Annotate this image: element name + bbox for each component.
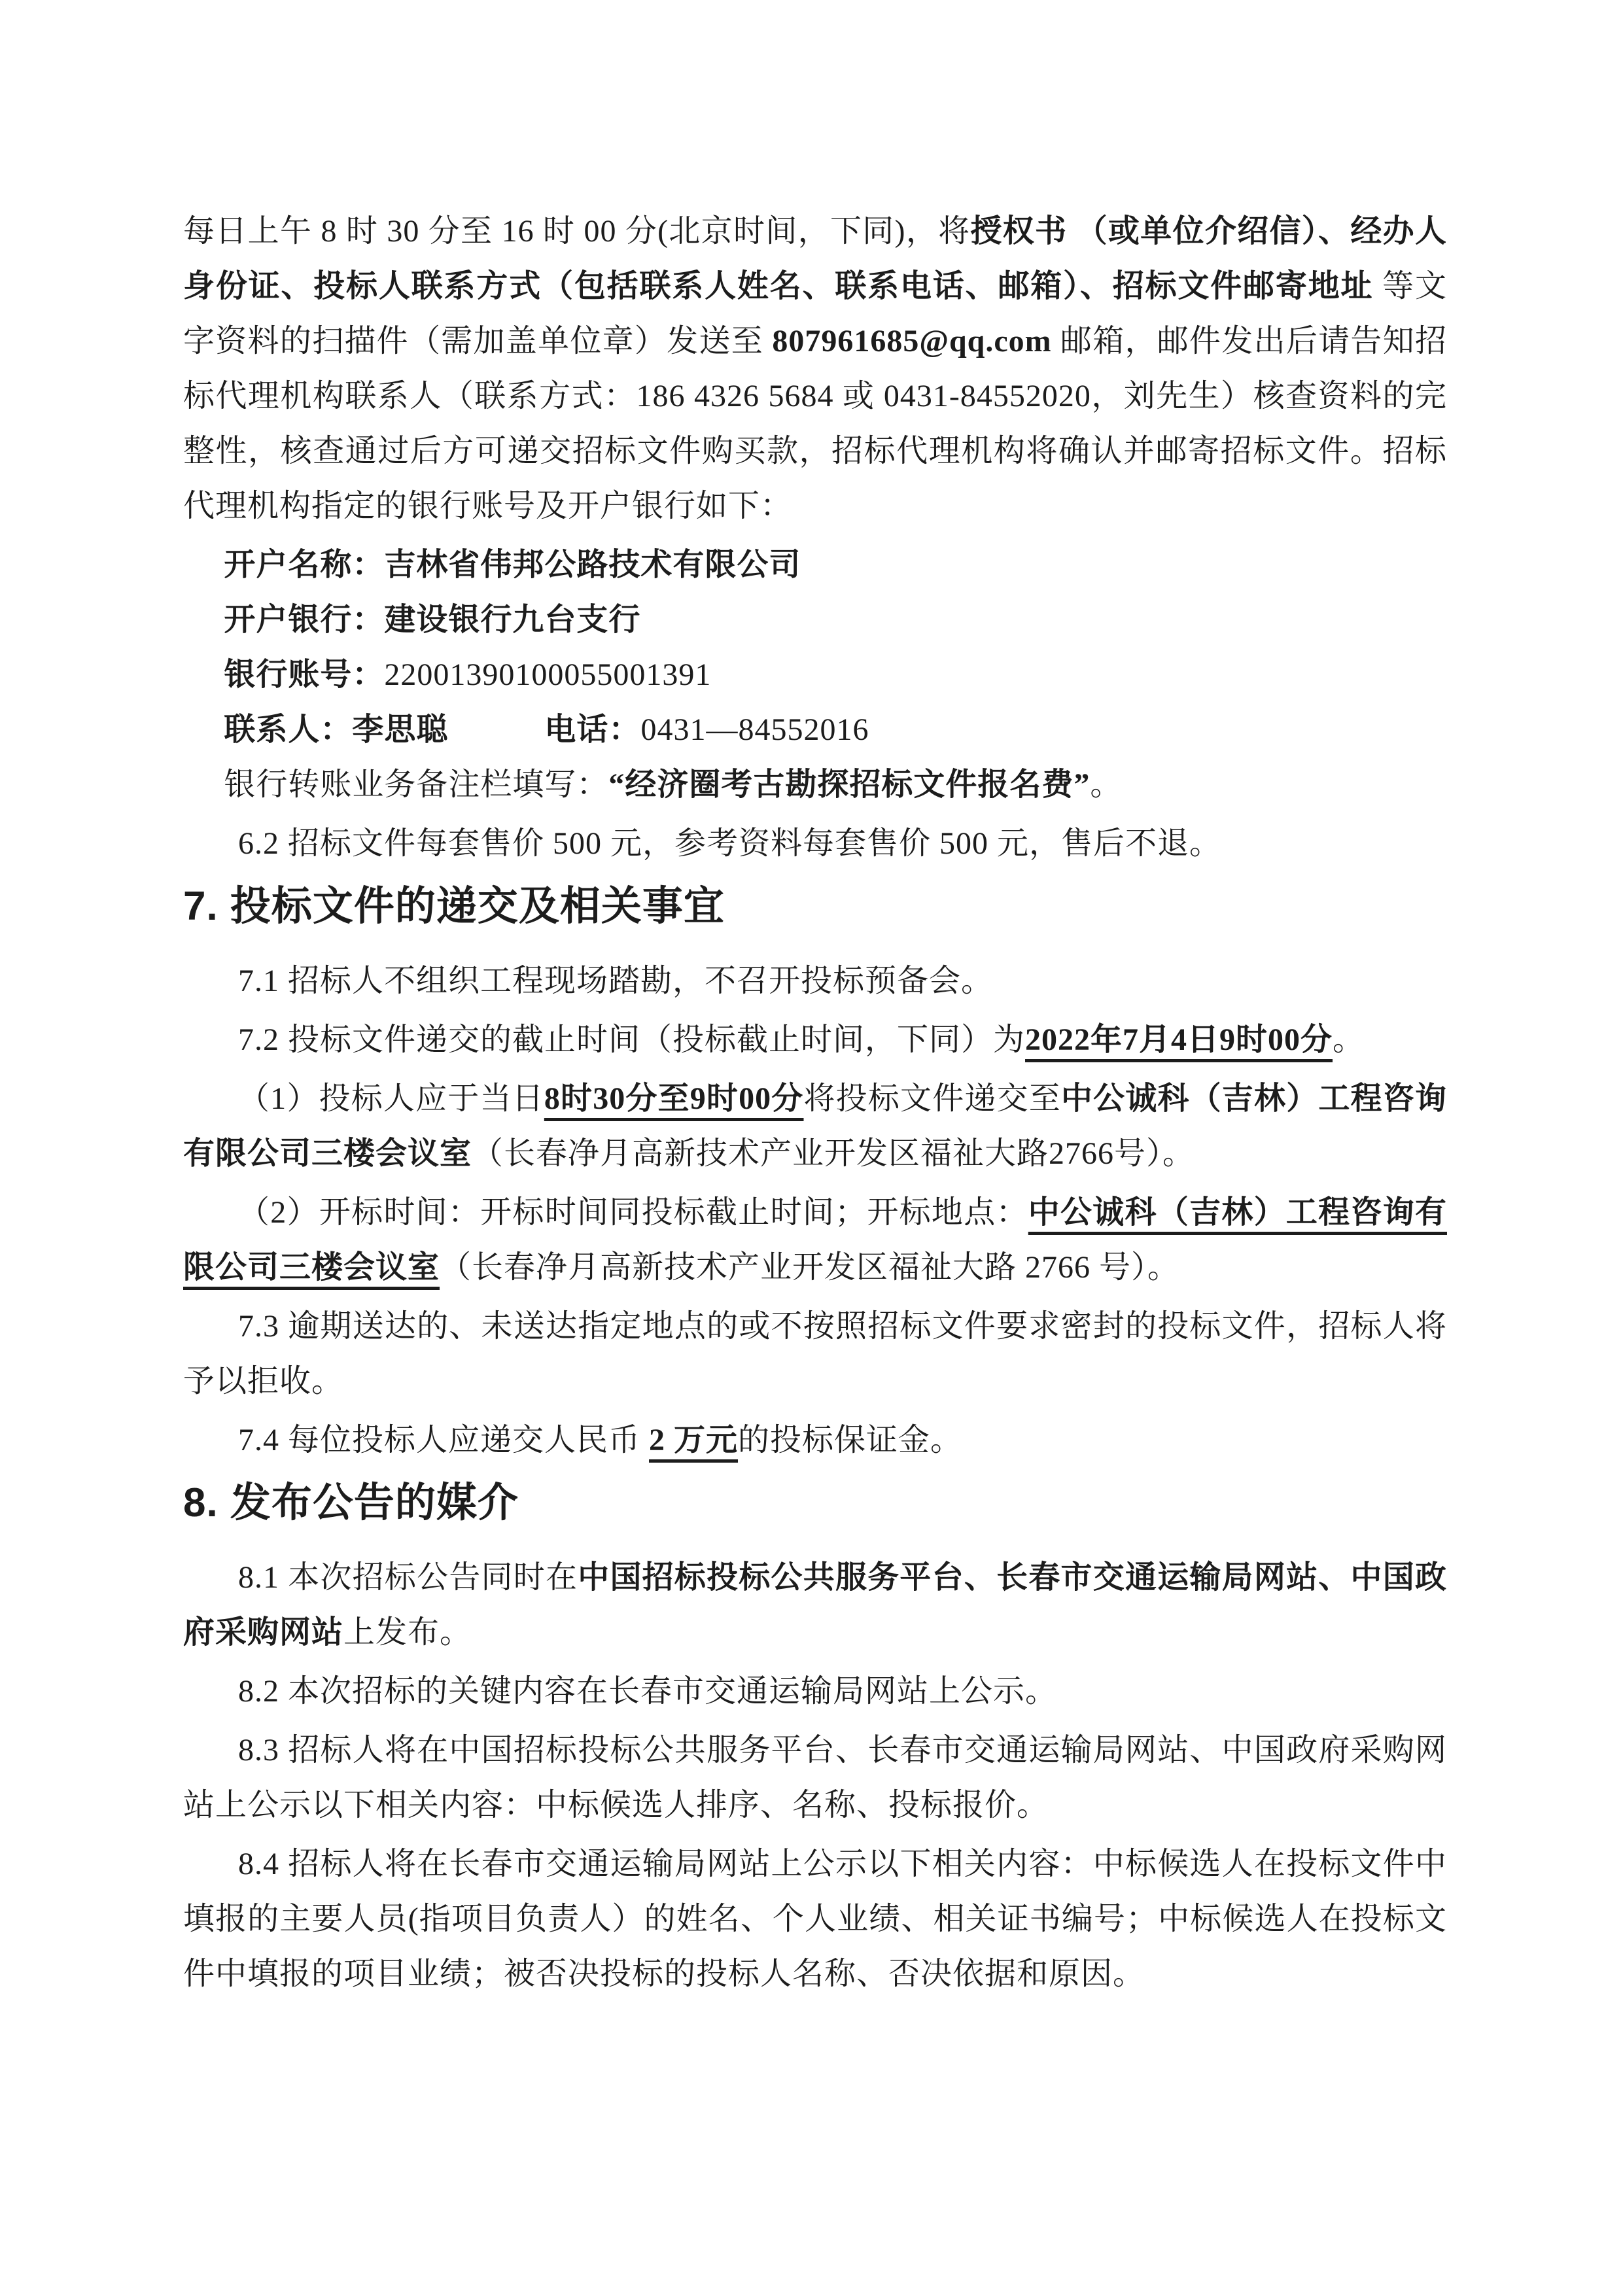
account-number-label: 银行账号：: [224, 657, 384, 692]
document-content: 每日上午 8 时 30 分至 16 时 00 分(北京时间，下同)，将授权书 （…: [183, 204, 1447, 2006]
section-7-heading-text: 7. 投标文件的递交及相关事宜: [183, 884, 725, 929]
clause-7-2: 7.2 投标文件递交的截止时间（投标截止时间，下同）为2022年7月4日9时00…: [183, 1013, 1447, 1068]
clause-7-4-lead: 7.4 每位投标人应递交人民币: [238, 1423, 649, 1457]
phone-value: 0431—84552016: [640, 712, 869, 747]
contact-spacer: [448, 712, 544, 747]
clause-7-2-end: 。: [1333, 1022, 1365, 1057]
item-2-end: （长春净月高新技术产业开发区福祉大路 2766 号）。: [440, 1250, 1179, 1285]
email-address: 807961685@qq.com: [772, 324, 1051, 358]
contact-line: 联系人：李思聪 电话：0431—84552016: [183, 703, 1447, 757]
submission-time-underlined: 8时30分至9时00分: [544, 1081, 804, 1116]
clause-7-4-end: 的投标保证金。: [738, 1423, 962, 1457]
clause-7-1: 7.1 招标人不组织工程现场踏勘，不召开投标预备会。: [183, 954, 1447, 1009]
clause-8-4-text: 8.4 招标人将在长春市交通运输局网站上公示以下相关内容：中标候选人在投标文件中…: [183, 1847, 1447, 1991]
intro-paragraph: 每日上午 8 时 30 分至 16 时 00 分(北京时间，下同)，将授权书 （…: [183, 204, 1447, 534]
deposit-bank-text: 开户银行：建设银行九台支行: [224, 602, 640, 637]
clause-8-2-text: 8.2 本次招标的关键内容在长春市交通运输局网站上公示。: [238, 1674, 1057, 1709]
clause-7-2-item-1: （1）投标人应于当日8时30分至9时00分将投标文件递交至中公诚科（吉林）工程咨…: [183, 1071, 1447, 1181]
account-number-value: 22001390100055001391: [384, 657, 711, 692]
document-page: 每日上午 8 时 30 分至 16 时 00 分(北京时间，下同)，将授权书 （…: [0, 0, 1623, 2296]
contact-person-label: 联系人：李思聪: [224, 712, 448, 747]
clause-8-1-lead: 8.1 本次招标公告同时在: [238, 1560, 578, 1595]
clause-8-1: 8.1 本次招标公告同时在中国招标投标公共服务平台、长春市交通运输局网站、中国政…: [183, 1550, 1447, 1660]
intro-lead: 每日上午 8 时 30 分至 16 时 00 分(北京时间，下同)，将: [183, 214, 970, 249]
clause-8-3: 8.3 招标人将在中国招标投标公共服务平台、长春市交通运输局网站、中国政府采购网…: [183, 1723, 1447, 1833]
clause-8-2: 8.2 本次招标的关键内容在长春市交通运输局网站上公示。: [183, 1664, 1447, 1719]
deposit-amount-underlined: 2 万元: [649, 1423, 738, 1457]
transfer-note-label: 银行转账业务备注栏填写：: [224, 767, 608, 802]
clause-7-2-item-2: （2）开标时间：开标时间同投标截止时间；开标地点：中公诚科（吉林）工程咨询有限公…: [183, 1185, 1447, 1295]
item-1-end: （长春净月高新技术产业开发区福祉大路2766号）。: [472, 1136, 1195, 1171]
clause-7-3: 7.3 逾期送达的、未送达指定地点的或不按照招标文件要求密封的投标文件，招标人将…: [183, 1299, 1447, 1409]
transfer-note-bold: “经济圈考古勘探招标文件报名费”: [608, 767, 1090, 802]
deposit-bank-line: 开户银行：建设银行九台支行: [183, 593, 1447, 648]
clause-7-1-text: 7.1 招标人不组织工程现场踏勘，不召开投标预备会。: [238, 964, 993, 998]
bid-deadline-underlined: 2022年7月4日9时00分: [1025, 1022, 1333, 1057]
clause-8-1-end: 上发布。: [343, 1615, 472, 1650]
phone-label: 电话：: [544, 712, 640, 747]
section-7-heading: 7. 投标文件的递交及相关事宜: [183, 875, 1447, 938]
item-1-lead: （1）投标人应于当日: [238, 1081, 544, 1116]
clause-7-2-lead: 7.2 投标文件递交的截止时间（投标截止时间，下同）为: [238, 1022, 1025, 1057]
item-1-mid: 将投标文件递交至: [803, 1081, 1060, 1116]
account-name-text: 开户名称：吉林省伟邦公路技术有限公司: [224, 548, 801, 582]
clause-8-4: 8.4 招标人将在长春市交通运输局网站上公示以下相关内容：中标候选人在投标文件中…: [183, 1837, 1447, 2002]
account-number-line: 银行账号：22001390100055001391: [183, 648, 1447, 703]
bank-info-block: 开户名称：吉林省伟邦公路技术有限公司 开户银行：建设银行九台支行 银行账号：22…: [183, 538, 1447, 812]
clause-6-2-text: 6.2 招标文件每套售价 500 元，参考资料每套售价 500 元，售后不退。: [238, 826, 1221, 861]
transfer-note-end: 。: [1090, 767, 1122, 802]
clause-7-3-text: 7.3 逾期送达的、未送达指定地点的或不按照招标文件要求密封的投标文件，招标人将…: [183, 1309, 1447, 1399]
item-2-lead: （2）开标时间：开标时间同投标截止时间；开标地点：: [238, 1195, 1028, 1230]
transfer-note-line: 银行转账业务备注栏填写：“经济圈考古勘探招标文件报名费”。: [183, 757, 1447, 812]
clause-6-2: 6.2 招标文件每套售价 500 元，参考资料每套售价 500 元，售后不退。: [183, 816, 1447, 871]
clause-7-4: 7.4 每位投标人应递交人民币 2 万元的投标保证金。: [183, 1413, 1447, 1468]
clause-8-3-text: 8.3 招标人将在中国招标投标公共服务平台、长春市交通运输局网站、中国政府采购网…: [183, 1733, 1447, 1822]
account-name-line: 开户名称：吉林省伟邦公路技术有限公司: [183, 538, 1447, 593]
section-8-heading-text: 8. 发布公告的媒介: [183, 1480, 519, 1525]
section-8-heading: 8. 发布公告的媒介: [183, 1472, 1447, 1535]
